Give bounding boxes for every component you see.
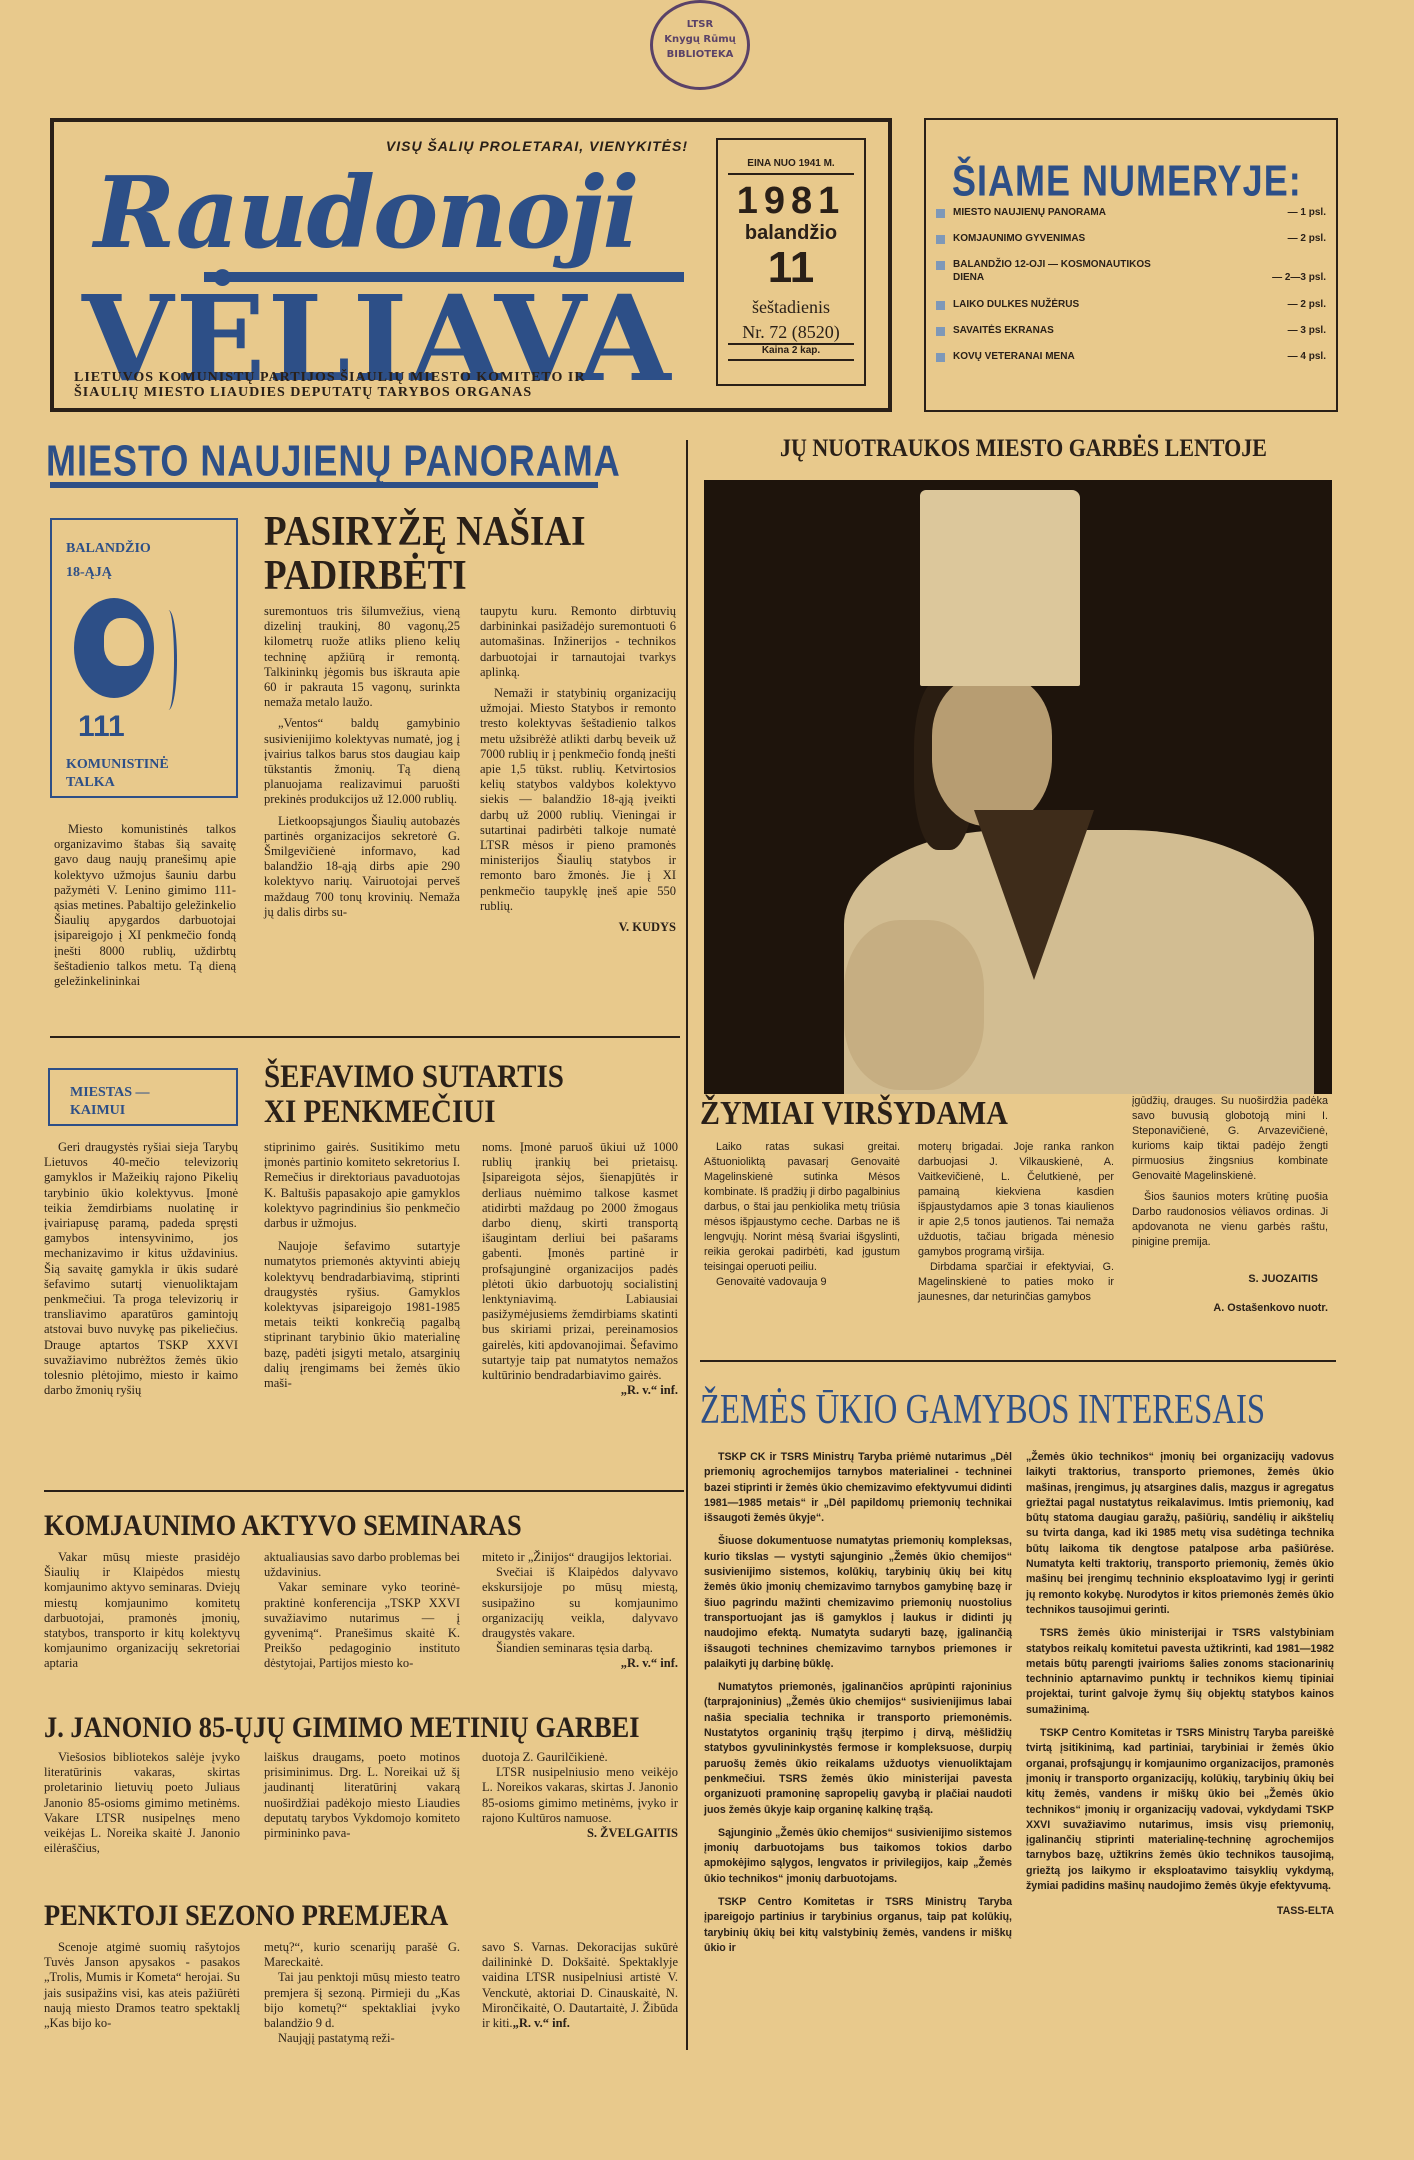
masthead-subtitle-line: LIETUVOS KOMUNISTŲ PARTIJOS ŠIAULIŲ MIES… — [74, 370, 694, 385]
talka-infobox: BALANDŽIO 18-ĄJĄ 111 KOMUNISTINĖ TALKA — [50, 518, 238, 798]
column-divider — [686, 440, 688, 2050]
article-column: Geri draugystės ryšiai sieja Tarybų Liet… — [44, 1140, 238, 1398]
infobox-line: TALKA — [66, 774, 169, 792]
article-paragraph: įgūdžių, drauges. Su nuoširdžia padėka s… — [1132, 1094, 1328, 1184]
masthead-motto: VISŲ ŠALIŲ PROLETARAI, VIENYKITĖS! — [386, 138, 688, 154]
toc-item-label: MIESTO NAUJIENŲ PANORAMA — [953, 206, 1288, 219]
article-signature: S. ŽVELGAITIS — [482, 1826, 678, 1841]
article-column: miteto ir „Žinijos“ draugijos lektoriai.… — [482, 1550, 678, 1672]
article-text: Šiandien seminaras tęsia darbą. — [496, 1641, 653, 1655]
article-paragraph: noms. Įmonė paruoš ūkiui už 1000 rublių … — [482, 1140, 678, 1383]
article-paragraph: Lietkoopsąjungos Šiaulių autobazės parti… — [264, 814, 460, 920]
stamp-line: Knygų Rūmų — [653, 32, 747, 47]
article-signature: S. JUOZAITIS — [1132, 1272, 1328, 1287]
toc-item[interactable]: KOVŲ VETERANAI MENA— 4 psl. — [936, 350, 1326, 363]
portrait-face — [104, 618, 144, 666]
issue-year: 1981 — [718, 181, 864, 221]
article-column: Scenoje atgimė suomių rašytojos Tuvės Ja… — [44, 1940, 240, 2031]
toc-item-label: KOMJAUNIMO GYVENIMAS — [953, 232, 1288, 245]
infobox-line: KOMUNISTINĖ — [66, 756, 169, 774]
toc-item-page: — 2 psl. — [1288, 298, 1326, 311]
article-headline: JŲ NUOTRAUKOS MIESTO GARBĖS LENTOJE — [780, 436, 1267, 462]
library-stamp: LTSR Knygų Rūmų BIBLIOTEKA — [650, 0, 750, 90]
article-signature: TASS-ELTA — [1026, 1904, 1334, 1919]
square-bullet-icon — [936, 327, 945, 336]
toc-item-page: — 1 psl. — [1288, 206, 1326, 219]
issue-day: 11 — [718, 245, 864, 291]
toc-item-label: BALANDŽIO 12-OJI — KOSMONAUTIKOS DIENA — [953, 258, 1272, 284]
article-paragraph: TSKP Centro Komitetas ir TSRS Ministrų T… — [704, 1895, 1012, 1956]
article-column: Viešosios bibliotekos salėje įvyko liter… — [44, 1750, 240, 1856]
masthead: VISŲ ŠALIŲ PROLETARAI, VIENYKITĖS! Raudo… — [50, 118, 892, 412]
section-title-rule — [50, 482, 598, 488]
article-column: duotoja Z. Gaurilčikienė. LTSR nusipelni… — [482, 1750, 678, 1841]
article-paragraph: miteto ir „Žinijos“ draugijos lektoriai. — [482, 1550, 678, 1565]
article-paragraph: Genovaitė vadovauja 9 — [704, 1275, 900, 1290]
toc-item[interactable]: KOMJAUNIMO GYVENIMAS— 2 psl. — [936, 232, 1326, 245]
infobox-line: MIESTAS — — [70, 1084, 149, 1102]
article-paragraph: Miesto komunistinės talkos organizavimo … — [54, 822, 236, 989]
issue-since: EINA NUO 1941 M. — [728, 158, 854, 175]
article-paragraph: Geri draugystės ryšiai sieja Tarybų Liet… — [44, 1140, 238, 1398]
article-paragraph: Nemaži ir statybinių organizacijų užmoja… — [480, 686, 676, 914]
article-paragraph: metų?“, kurio scenarijų parašė G. Mareck… — [264, 1940, 460, 1970]
article-paragraph: Scenoje atgimė suomių rašytojos Tuvės Ja… — [44, 1940, 240, 2031]
issue-price: Kaina 2 kap. — [728, 345, 854, 361]
toc-item-page: — 3 psl. — [1288, 324, 1326, 337]
article-paragraph: Viešosios bibliotekos salėje įvyko liter… — [44, 1750, 240, 1856]
article-paragraph: TSRS žemės ūkio ministerijai ir TSRS val… — [1026, 1626, 1334, 1718]
article-paragraph: Naujoje šefavimo sutartyje numatytos pri… — [264, 1239, 460, 1391]
masthead-subtitle-line: ŠIAULIŲ MIESTO LIAUDIES DEPUTATŲ TARYBOS… — [74, 385, 694, 400]
article-paragraph: Tai jau penktoji mūsų miesto teatro prem… — [264, 1970, 460, 2031]
headline-line: ŠEFAVIMO SUTARTIS — [264, 1060, 564, 1095]
infobox-line: KAIMUI — [70, 1102, 149, 1120]
article-column: moterų brigadai. Joje ranka rankon darbu… — [918, 1140, 1114, 1305]
article-paragraph: Sąjunginio „Žemės ūkio chemijos“ susivie… — [704, 1826, 1012, 1887]
article-headline: ŽYMIAI VIRŠYDAMA — [700, 1096, 1008, 1132]
toc-title: ŠIAME NUMERYJE: — [952, 156, 1302, 206]
infobox-line: 18-ĄJĄ — [66, 564, 151, 582]
article-column: Vakar mūsų mieste prasidėjo Šiaulių ir K… — [44, 1550, 240, 1672]
photo-collar — [974, 810, 1094, 980]
toc-item[interactable]: LAIKO DULKES NUŽĖRUS— 2 psl. — [936, 298, 1326, 311]
article-paragraph: Numatytos priemonės, įgalinančios aprūpi… — [704, 1680, 1012, 1818]
article-paragraph: Šiuose dokumentuose numatytas priemonių … — [704, 1534, 1012, 1672]
article-divider — [44, 1490, 684, 1492]
square-bullet-icon — [936, 353, 945, 362]
article-column: įgūdžių, drauges. Su nuoširdžia padėka s… — [1132, 1094, 1328, 1316]
laurel-branch-icon — [160, 610, 177, 710]
anniversary-number: 111 — [78, 710, 125, 744]
toc-item-page: — 2—3 psl. — [1272, 271, 1326, 284]
toc-item-label: SAVAITĖS EKRANAS — [953, 324, 1288, 337]
article-signature: V. KUDYS — [480, 920, 676, 935]
article-column: laiškus draugams, poeto motinos prisimin… — [264, 1750, 460, 1841]
article-divider — [50, 1036, 680, 1038]
toc-item[interactable]: BALANDŽIO 12-OJI — KOSMONAUTIKOS DIENA— … — [936, 258, 1326, 284]
article-column: noms. Įmonė paruoš ūkiui už 1000 rublių … — [482, 1140, 678, 1398]
photo-credit: A. Ostašenkovo nuotr. — [1132, 1301, 1328, 1316]
article-paragraph: aktualiausias savo darbo problemas bei u… — [264, 1550, 460, 1580]
headline-line: XI PENKMEČIUI — [264, 1095, 564, 1130]
toc-list: MIESTO NAUJIENŲ PANORAMA— 1 psl. KOMJAUN… — [936, 206, 1326, 376]
article-column: TSKP CK ir TSRS Ministrų Taryba priėmė n… — [704, 1450, 1012, 1956]
article-column: aktualiausias savo darbo problemas bei u… — [264, 1550, 460, 1672]
article-paragraph: savo S. Varnas. Dekoracijas sukūrė daili… — [482, 1940, 678, 2031]
article-column: Laiko ratas sukasi greitai. Aštuoniolikt… — [704, 1140, 900, 1290]
table-of-contents: ŠIAME NUMERYJE: MIESTO NAUJIENŲ PANORAMA… — [924, 118, 1338, 412]
article-paragraph: „Žemės ūkio technikos“ įmonių bei organi… — [1026, 1450, 1334, 1618]
infobox-date: BALANDŽIO 18-ĄJĄ — [66, 540, 151, 582]
article-paragraph: Naująjį pastatymą reži- — [264, 2031, 460, 2046]
chef-hat — [920, 490, 1080, 686]
square-bullet-icon — [936, 235, 945, 244]
article-paragraph: Vakar mūsų mieste prasidėjo Šiaulių ir K… — [44, 1550, 240, 1672]
issue-month: balandžio — [718, 221, 864, 245]
article-column: „Žemės ūkio technikos“ įmonių bei organi… — [1026, 1450, 1334, 1920]
article-paragraph: laiškus draugams, poeto motinos prisimin… — [264, 1750, 460, 1841]
article-column: suremontuos tris šilumvežius, vieną dize… — [264, 604, 460, 920]
toc-item-label: LAIKO DULKES NUŽĖRUS — [953, 298, 1288, 311]
infobox-caption: KOMUNISTINĖ TALKA — [66, 756, 169, 792]
article-paragraph: „Ventos“ baldų gamybinio susivienijimo k… — [264, 716, 460, 807]
headline-line: PADIRBĖTI — [264, 554, 585, 598]
article-paragraph: TSKP Centro Komitetas ir TSRS Ministrų T… — [1026, 1726, 1334, 1894]
article-paragraph: Vakar seminare vyko teorinė-praktinė kon… — [264, 1580, 460, 1671]
toc-item-page: — 4 psl. — [1288, 350, 1326, 363]
issue-datebox: EINA NUO 1941 M. 1981 balandžio 11 šešta… — [716, 138, 866, 386]
infobox-caption: MIESTAS — KAIMUI — [70, 1084, 149, 1120]
masthead-logo-script: Raudonoji — [94, 164, 638, 264]
photo-arm — [844, 920, 984, 1090]
article-paragraph: Šios šaunios moters krūtinę puošia Darbo… — [1132, 1190, 1328, 1250]
article-signature: „R. v.“ inf. — [482, 1383, 678, 1398]
article-signature: „R. v.“ inf. — [607, 1656, 678, 1671]
infobox-line: BALANDŽIO — [66, 540, 151, 558]
article-headline: KOMJAUNIMO AKTYVO SEMINARAS — [44, 1510, 522, 1542]
square-bullet-icon — [936, 301, 945, 310]
square-bullet-icon — [936, 209, 945, 218]
headline-line: PASIRYŽĘ NAŠIAI — [264, 510, 585, 554]
article-column: stiprinimo gairės. Susitikimo metu įmonė… — [264, 1140, 460, 1391]
article-headline: J. JANONIO 85-ŲJŲ GIMIMO METINIŲ GARBEI — [44, 1712, 639, 1744]
toc-item[interactable]: SAVAITĖS EKRANAS— 3 psl. — [936, 324, 1326, 337]
article-paragraph: Svečiai iš Klaipėdos dalyvavo ekskursijo… — [482, 1565, 678, 1641]
stamp-line: LTSR — [653, 17, 747, 32]
photo-face — [932, 676, 1052, 826]
masthead-subtitle: LIETUVOS KOMUNISTŲ PARTIJOS ŠIAULIŲ MIES… — [74, 370, 694, 400]
article-column: Miesto komunistinės talkos organizavimo … — [54, 822, 236, 989]
article-paragraph: LTSR nusipelniusio meno veikėjo L. Norei… — [482, 1765, 678, 1826]
toc-item[interactable]: MIESTO NAUJIENŲ PANORAMA— 1 psl. — [936, 206, 1326, 219]
section-title-panorama: MIESTO NAUJIENŲ PANORAMA — [46, 436, 621, 486]
issue-number: Nr. 72 (8520) — [728, 322, 854, 345]
toc-item-label: KOVŲ VETERANAI MENA — [953, 350, 1288, 363]
article-column: savo S. Varnas. Dekoracijas sukūrė daili… — [482, 1940, 678, 2031]
toc-item-page: — 2 psl. — [1288, 232, 1326, 245]
square-bullet-icon — [936, 261, 945, 270]
article-headline: PASIRYŽĘ NAŠIAI PADIRBĖTI — [264, 510, 585, 598]
article-paragraph: taupytu kuru. Remonto dirbtuvių darbinin… — [480, 604, 676, 680]
article-signature: „R. v.“ inf. — [513, 2016, 570, 2030]
article-headline: ŽEMĖS ŪKIO GAMYBOS INTERESAIS — [700, 1388, 1265, 1432]
article-column: taupytu kuru. Remonto dirbtuvių darbinin… — [480, 604, 676, 935]
article-paragraph: Dirbdama sparčiai ir efektyviai, G. Mage… — [918, 1260, 1114, 1305]
article-paragraph: Šiandien seminaras tęsia darbą. „R. v.“ … — [482, 1641, 678, 1656]
stamp-line: BIBLIOTEKA — [653, 47, 747, 62]
miestas-kaimui-box: MIESTAS — KAIMUI — [48, 1068, 238, 1126]
article-paragraph: moterų brigadai. Joje ranka rankon darbu… — [918, 1140, 1114, 1260]
article-column: metų?“, kurio scenarijų parašė G. Mareck… — [264, 1940, 460, 2046]
issue-weekday: šeštadienis — [718, 297, 864, 318]
article-text: savo S. Varnas. Dekoracijas sukūrė daili… — [482, 1940, 678, 2030]
article-divider — [700, 1360, 1336, 1362]
article-paragraph: TSKP CK ir TSRS Ministrų Taryba priėmė n… — [704, 1450, 1012, 1526]
article-paragraph: stiprinimo gairės. Susitikimo metu įmonė… — [264, 1140, 460, 1231]
article-paragraph: Laiko ratas sukasi greitai. Aštuoniolikt… — [704, 1140, 900, 1275]
portrait-photo — [704, 480, 1332, 1094]
lenin-portrait-icon — [74, 598, 154, 698]
article-headline: PENKTOJI SEZONO PREMJERA — [44, 1900, 448, 1932]
article-headline: ŠEFAVIMO SUTARTIS XI PENKMEČIUI — [264, 1060, 564, 1129]
article-paragraph: duotoja Z. Gaurilčikienė. — [482, 1750, 678, 1765]
article-paragraph: suremontuos tris šilumvežius, vieną dize… — [264, 604, 460, 710]
